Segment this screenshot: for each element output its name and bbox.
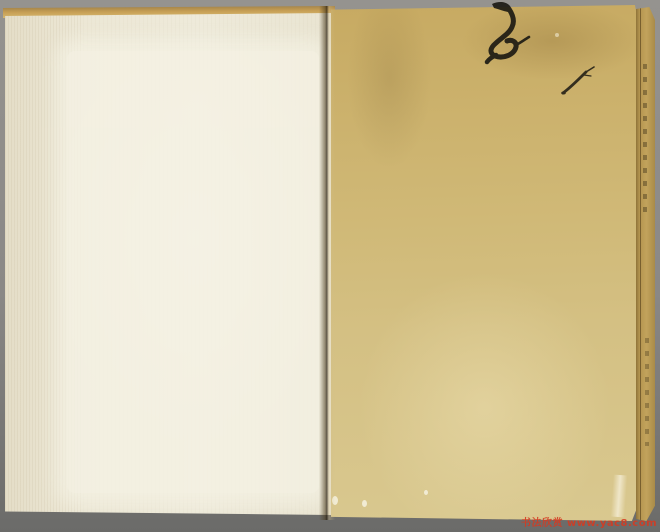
large-ink-stroke-icon (465, 0, 545, 75)
paper-speck (555, 33, 559, 37)
inner-white-sheet (67, 51, 319, 493)
cover-edge-faint-marks (645, 338, 649, 446)
paper-speck (424, 490, 428, 495)
corner-crease-highlight (611, 475, 628, 518)
photo-of-open-book: 书法欣赏 www.yac8.com (0, 0, 660, 532)
cover-edge-title-marks (643, 64, 647, 216)
book-spine-shadow (319, 6, 335, 520)
paper-speck (362, 500, 367, 507)
small-ink-tick-icon (558, 62, 600, 100)
site-watermark: 书法欣赏 www.yac8.com (521, 514, 657, 529)
edge-crease-line (640, 7, 641, 521)
left-blank-page (5, 13, 332, 515)
